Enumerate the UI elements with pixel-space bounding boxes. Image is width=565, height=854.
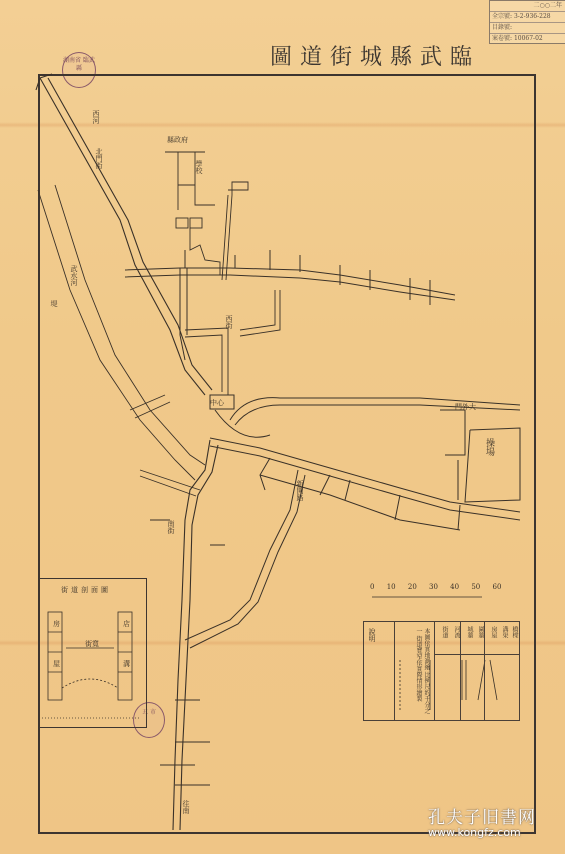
label-west-river: 西河 bbox=[92, 110, 100, 124]
watermark-name: 孔夫子旧書网 bbox=[428, 803, 558, 828]
label-river-west: 武水河 bbox=[70, 265, 78, 286]
inset-label: 店 bbox=[123, 619, 130, 629]
label-school: 學校 bbox=[195, 160, 203, 174]
north-compound bbox=[165, 152, 248, 280]
label-west-street: 西街 bbox=[225, 315, 233, 329]
inset-label: 溝 bbox=[123, 659, 130, 669]
legend-col-street: 街道 bbox=[440, 626, 448, 638]
label-road-south: 往南 bbox=[182, 800, 190, 814]
scale-bar-ticks: 0 10 20 30 40 50 60 bbox=[370, 583, 501, 591]
northwest-street bbox=[36, 74, 212, 395]
legend-col-fence: 圍牆 bbox=[476, 626, 484, 638]
inset-title: 街道剖面圖 bbox=[61, 585, 111, 595]
map-legend: 說明 本圖依實地測繪 比例尺約千分之一 街道寬窄依實際情形繪製 街道 河流 城牆… bbox=[363, 621, 520, 721]
legend-divider bbox=[394, 622, 395, 720]
legend-col-wall: 城牆 bbox=[465, 626, 473, 638]
label-gov-office: 縣政府 bbox=[167, 135, 188, 145]
legend-divider bbox=[460, 622, 461, 720]
legend-col-house: 房屋 bbox=[489, 626, 497, 638]
inset-label: 街寬 bbox=[85, 639, 99, 649]
east-street-south bbox=[210, 438, 520, 530]
legend-col-river: 河流 bbox=[452, 626, 460, 638]
west-branches bbox=[130, 395, 225, 545]
label-south-street: 南街 bbox=[167, 520, 175, 534]
label-east-gate: 門外大 bbox=[455, 402, 476, 412]
field-outline bbox=[440, 410, 520, 502]
label-new-road: 新開路 bbox=[296, 480, 304, 501]
watermark-url: www.kongfz.com bbox=[428, 826, 558, 839]
south-street bbox=[160, 440, 218, 830]
new-road bbox=[185, 470, 305, 648]
label-bank: 堤 bbox=[50, 300, 58, 307]
label-center: 中心 bbox=[210, 398, 224, 408]
legend-title: 說明 bbox=[368, 628, 376, 642]
inset-label: 房 bbox=[53, 619, 60, 629]
legend-col-bridge: 橋樑 bbox=[510, 626, 518, 638]
legend-col-ditch: 溝渠 bbox=[500, 626, 508, 638]
label-north-gate-street: 北門街 bbox=[95, 148, 103, 169]
legend-notes: 本圖依實地測繪 比例尺約千分之一 街道寬窄依實際情形繪製 bbox=[400, 628, 430, 716]
watermark: 孔夫子旧書网 www.kongfz.com bbox=[428, 803, 558, 839]
label-field: 操場 bbox=[485, 438, 493, 456]
inset-label: 屋 bbox=[53, 659, 60, 669]
mid-road bbox=[185, 290, 280, 395]
inset-street-section: 街道剖面圖 房 店 屋 街寬 溝 bbox=[38, 578, 147, 728]
legend-divider bbox=[484, 622, 485, 720]
